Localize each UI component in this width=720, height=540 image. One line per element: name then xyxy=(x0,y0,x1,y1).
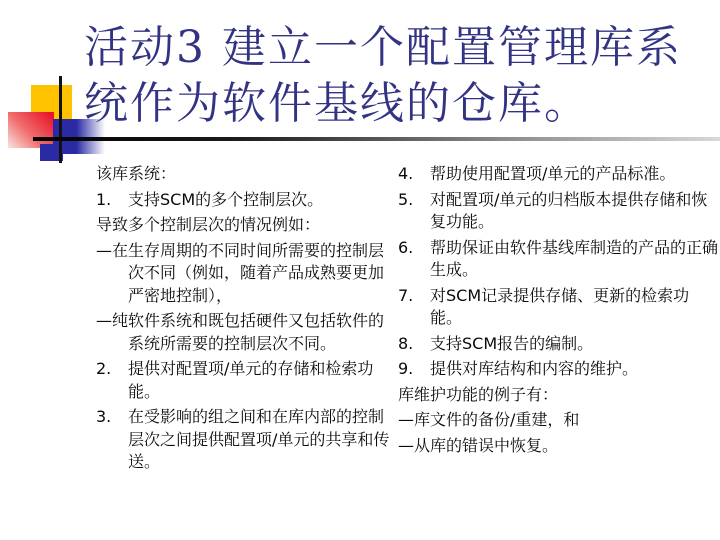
item-number: 4. xyxy=(398,163,430,186)
slide-title: 活动3 建立一个配置管理库系 统作为软件基线的仓库。 xyxy=(84,20,720,132)
item-number: 1. xyxy=(96,189,128,212)
item-text: 导致多个控制层次的情况例如： xyxy=(96,215,320,234)
item-text: 库维护功能的例子有： xyxy=(398,385,558,404)
horizontal-divider-line xyxy=(33,137,720,141)
item-text: 在受影响的组之间和在库内部的控制层次之间提供配置项/单元的共享和传送。 xyxy=(128,407,389,471)
item-number: 8. xyxy=(398,333,430,356)
item-text: —库文件的备份/重建，和 xyxy=(398,410,579,429)
list-item: 9.提供对库结构和内容的维护。 xyxy=(398,358,720,381)
item-number: 3. xyxy=(96,406,128,429)
list-item: 6.帮助保证由软件基线库制造的产品的正确生成。 xyxy=(398,237,720,282)
list-item: 8.支持SCM报告的编制。 xyxy=(398,333,720,356)
item-number: 2. xyxy=(96,358,128,381)
item-number: 7. xyxy=(398,285,430,308)
item-text: —从库的错误中恢复。 xyxy=(398,436,558,455)
item-number: 6. xyxy=(398,237,430,260)
list-item: 库维护功能的例子有： xyxy=(398,384,720,407)
slide-title-line-2: 统作为软件基线的仓库。 xyxy=(84,76,720,132)
body-right-column: 4.帮助使用配置项/单元的产品标准。 5.对配置项/单元的归档版本提供存储和恢复… xyxy=(398,163,720,460)
list-item: 3.在受影响的组之间和在库内部的控制层次之间提供配置项/单元的共享和传送。 xyxy=(96,406,396,474)
item-number: 9. xyxy=(398,358,430,381)
list-item: 7.对SCM记录提供存储、更新的检索功能。 xyxy=(398,285,720,330)
item-text: 帮助使用配置项/单元的产品标准。 xyxy=(430,164,675,183)
vertical-crosshair-line xyxy=(59,76,62,163)
slide: 活动3 建立一个配置管理库系 统作为软件基线的仓库。 该库系统： 1.支持SCM… xyxy=(0,0,720,540)
item-text: 支持SCM报告的编制。 xyxy=(430,334,593,353)
list-item: 4.帮助使用配置项/单元的产品标准。 xyxy=(398,163,720,186)
item-text: 对SCM记录提供存储、更新的检索功能。 xyxy=(430,286,689,328)
list-item: 1.支持SCM的多个控制层次。 xyxy=(96,189,396,212)
item-text: 提供对库结构和内容的维护。 xyxy=(430,359,638,378)
list-item: —纯软件系统和既包括硬件又包括软件的系统所需要的控制层次不同。 xyxy=(96,310,396,355)
list-item: —从库的错误中恢复。 xyxy=(398,435,720,458)
item-text: 提供对配置项/单元的存储和检索功能。 xyxy=(128,359,373,401)
list-item: —库文件的备份/重建，和 xyxy=(398,409,720,432)
item-text: —在生存周期的不同时间所需要的控制层次不同（例如，随着产品成熟要更加严密地控制）… xyxy=(96,241,384,305)
item-text: 支持SCM的多个控制层次。 xyxy=(128,190,323,209)
item-text: —纯软件系统和既包括硬件又包括软件的系统所需要的控制层次不同。 xyxy=(96,311,384,353)
item-number: 5. xyxy=(398,189,430,212)
red-square-decoration xyxy=(8,112,54,148)
list-item: 2.提供对配置项/单元的存储和检索功能。 xyxy=(96,358,396,403)
item-text: 帮助保证由软件基线库制造的产品的正确生成。 xyxy=(430,238,718,280)
list-item: 该库系统： xyxy=(96,163,396,186)
list-item: 5.对配置项/单元的归档版本提供存储和恢复功能。 xyxy=(398,189,720,234)
body-left-column: 该库系统： 1.支持SCM的多个控制层次。 导致多个控制层次的情况例如： —在生… xyxy=(96,163,396,477)
item-text: 对配置项/单元的归档版本提供存储和恢复功能。 xyxy=(430,190,707,232)
item-text: 该库系统： xyxy=(96,164,176,183)
list-item: —在生存周期的不同时间所需要的控制层次不同（例如，随着产品成熟要更加严密地控制）… xyxy=(96,240,396,308)
list-item: 导致多个控制层次的情况例如： xyxy=(96,214,396,237)
slide-title-line-1: 活动3 建立一个配置管理库系 xyxy=(84,20,720,76)
